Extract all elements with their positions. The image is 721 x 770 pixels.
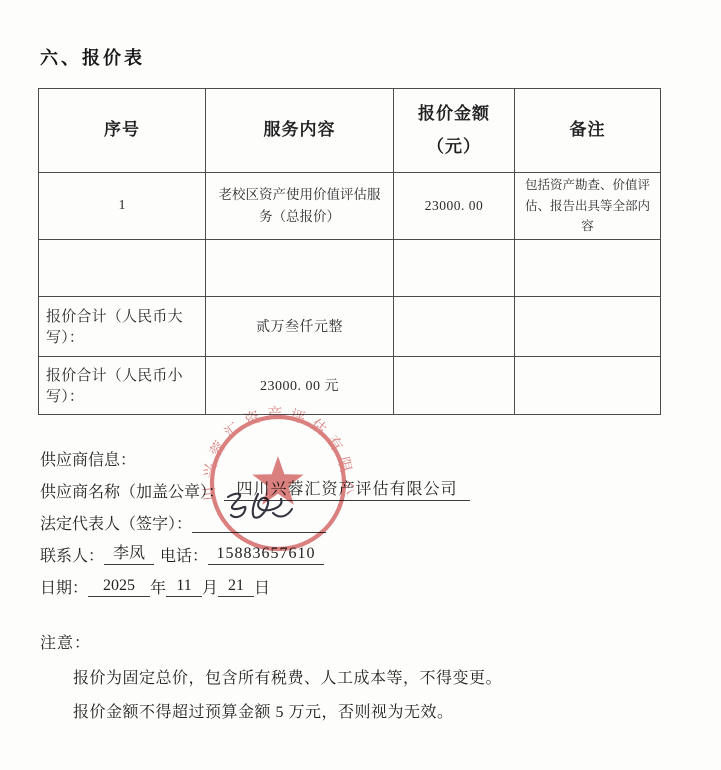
month-suffix: 月 xyxy=(202,575,218,598)
header-serial: 序号 xyxy=(39,89,206,173)
cell-serial: 1 xyxy=(39,173,206,240)
contact-line: 联系人： 李凤 电话： 15883657610 xyxy=(40,538,470,570)
cell-remark: 包括资产勘查、价值评估、报告出具等全部内容 xyxy=(515,173,661,240)
phone-label: 电话： xyxy=(160,543,208,566)
legal-rep-line: 法定代表人（签字）： xyxy=(40,506,470,538)
notes-title: 注意： xyxy=(40,630,502,653)
date-month: 11 xyxy=(166,576,202,597)
total-upper-label: 报价合计（人民币大写）： xyxy=(39,296,206,356)
day-suffix: 日 xyxy=(254,575,270,598)
contact-label: 联系人： xyxy=(40,543,104,566)
supplier-info-label: 供应商信息： xyxy=(40,447,136,470)
empty-cell xyxy=(206,239,394,296)
total-lower-label: 报价合计（人民币小写）： xyxy=(39,356,206,414)
total-lower-value: 23000. 00 元 xyxy=(206,356,394,414)
total-upper-value: 贰万叁仟元整 xyxy=(206,296,394,356)
signature-line xyxy=(192,511,326,533)
notes-section: 注意： 报价为固定总价，包含所有税费、人工成本等，不得变更。 报价金额不得超过预… xyxy=(40,630,502,736)
header-amount: 报价金额 （元） xyxy=(394,89,515,173)
date-line: 日期： 2025 年 11 月 21 日 xyxy=(40,570,470,602)
supplier-name-value: 四川兴蓉汇资产评估有限公司 xyxy=(224,480,470,501)
empty-cell xyxy=(515,356,661,414)
supplier-name-label: 供应商名称（加盖公章）： xyxy=(40,479,224,502)
document-page: 六、报价表 序号 服务内容 报价金额 （元） 备注 1 老校区资产使用价值评估服… xyxy=(0,0,721,770)
phone-value: 15883657610 xyxy=(208,544,324,565)
empty-cell xyxy=(394,239,515,296)
contact-value: 李凤 xyxy=(104,544,154,565)
date-label: 日期： xyxy=(40,575,88,598)
header-remark: 备注 xyxy=(515,89,661,173)
legal-rep-label: 法定代表人（签字）： xyxy=(40,511,192,534)
table-row-total-upper: 报价合计（人民币大写）： 贰万叁仟元整 xyxy=(39,296,661,356)
table-header-row: 序号 服务内容 报价金额 （元） 备注 xyxy=(39,89,661,173)
empty-cell xyxy=(394,296,515,356)
table-row-total-lower: 报价合计（人民币小写）： 23000. 00 元 xyxy=(39,356,661,414)
note-item: 报价金额不得超过预算金额 5 万元，否则视为无效。 xyxy=(73,702,502,723)
date-year: 2025 xyxy=(88,576,150,597)
empty-cell xyxy=(515,239,661,296)
empty-cell xyxy=(394,356,515,414)
supplier-section-title: 供应商信息： xyxy=(40,442,470,474)
year-suffix: 年 xyxy=(150,575,166,598)
cell-service: 老校区资产使用价值评估服务（总报价） xyxy=(206,173,394,240)
table-row-empty xyxy=(39,239,661,296)
empty-cell xyxy=(39,239,206,296)
empty-cell xyxy=(515,296,661,356)
supplier-name-line: 供应商名称（加盖公章）： 四川兴蓉汇资产评估有限公司 xyxy=(40,474,470,506)
section-title: 六、报价表 xyxy=(40,44,145,70)
quotation-table: 序号 服务内容 报价金额 （元） 备注 1 老校区资产使用价值评估服务（总报价）… xyxy=(38,88,661,415)
table-row: 1 老校区资产使用价值评估服务（总报价） 23000. 00 包括资产勘查、价值… xyxy=(39,173,661,240)
cell-amount: 23000. 00 xyxy=(394,173,515,240)
date-day: 21 xyxy=(218,576,254,597)
supplier-info-section: 供应商信息： 供应商名称（加盖公章）： 四川兴蓉汇资产评估有限公司 法定代表人（… xyxy=(40,442,470,602)
header-service: 服务内容 xyxy=(206,89,394,173)
note-item: 报价为固定总价，包含所有税费、人工成本等，不得变更。 xyxy=(73,668,502,689)
